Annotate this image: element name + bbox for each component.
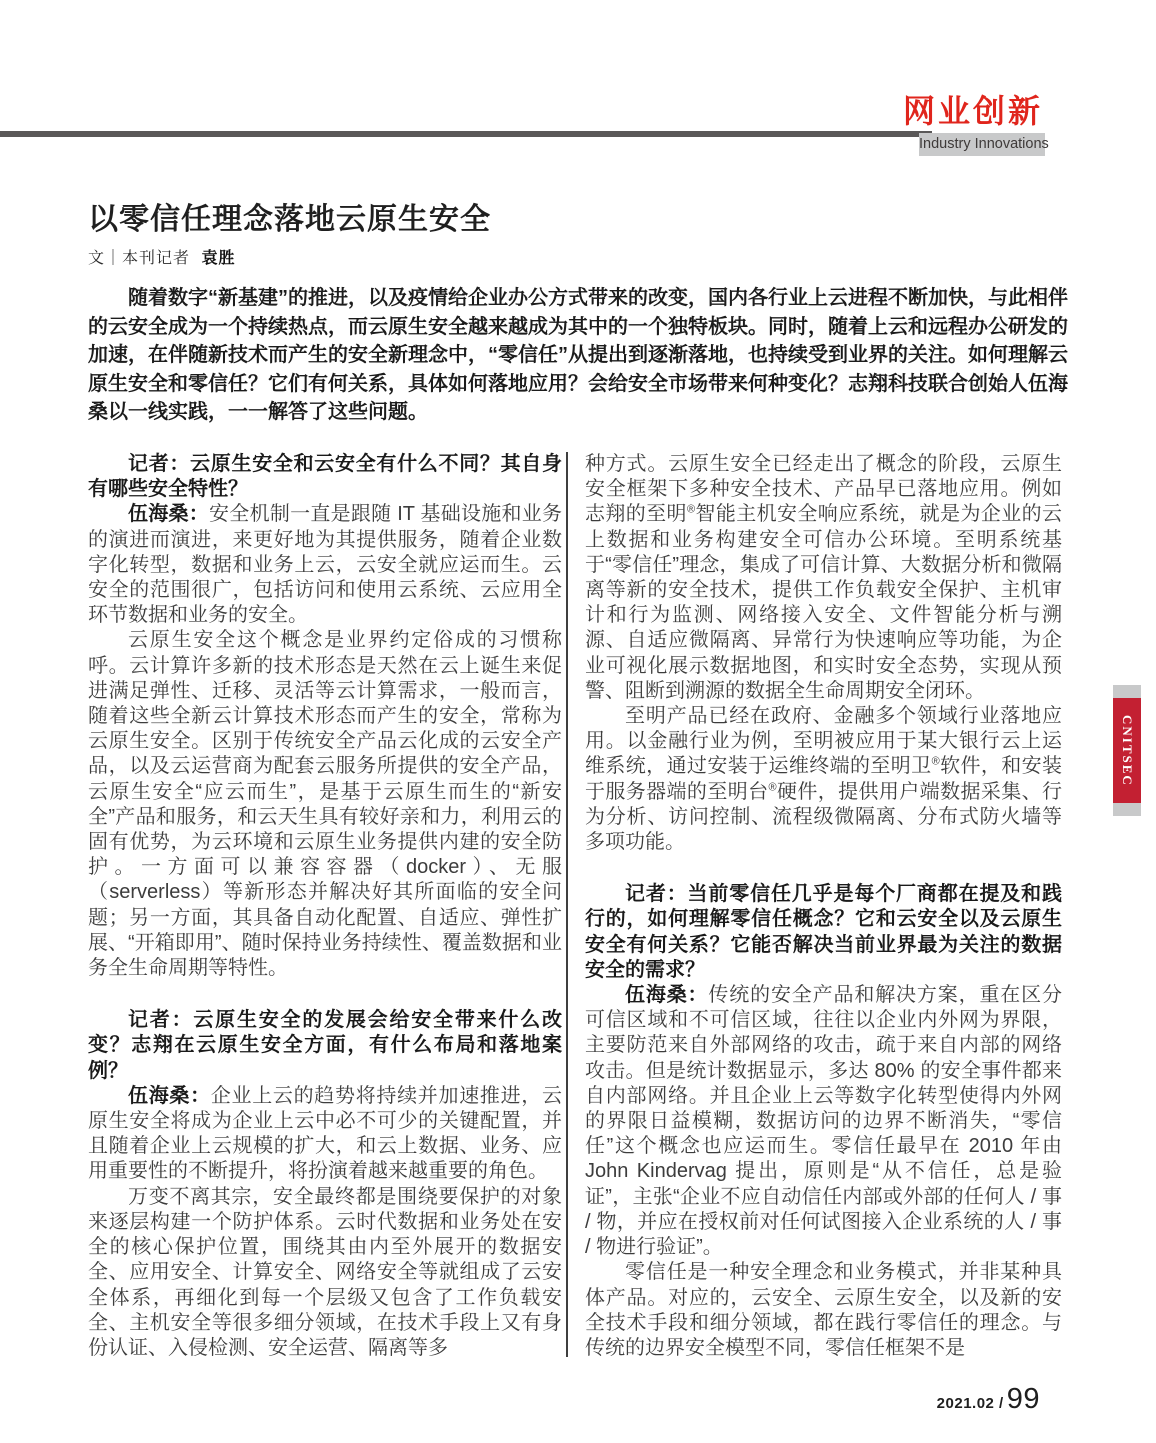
speaker-name: 伍海桑： [625, 984, 708, 1006]
body-paragraph: 云原生安全这个概念是业界约定俗成的习惯称呼。云计算许多新的技术形态是天然在云上诞… [88, 628, 562, 981]
column-right: 种方式。云原生安全已经走出了概念的阶段，云原生安全框架下多种安全技术、产品早已落… [585, 452, 1062, 1361]
sidebar-tab-gray-top [1113, 685, 1141, 698]
sidebar-tab-label: CNITSEC [1119, 715, 1135, 787]
header-rule [0, 131, 932, 137]
intro-paragraph: 随着数字“新基建”的推进，以及疫情给企业办公方式带来的改变，国内各行业上云进程不… [88, 284, 1068, 427]
byline-author: 袁胜 [201, 250, 235, 267]
registered-mark: ® [768, 781, 776, 793]
byline-prefix: 文｜本刊记者 [88, 250, 190, 267]
page-footer: 2021.02 / 99 [937, 1383, 1040, 1416]
section-title-cn: 网业创新 [903, 86, 1043, 132]
column-divider [566, 452, 568, 1357]
magazine-page: 网业创新 Industry Innovations 以零信任理念落地云原生安全 … [0, 0, 1156, 1443]
body-paragraph: 至明产品已经在政府、金融多个领域行业落地应用。以金融行业为例，至明被应用于某大银… [585, 704, 1062, 855]
body-paragraph: 伍海桑：企业上云的趋势将持续并加速推进，云原生安全将成为企业上云中必不可少的关键… [88, 1084, 562, 1185]
question-paragraph: 记者：云原生安全的发展会给安全带来什么改变？志翔在云原生安全方面，有什么布局和落… [88, 1008, 562, 1084]
section-title-en-badge: Industry Innovations [919, 133, 1045, 156]
body-paragraph: 万变不离其宗，安全最终都是围绕要保护的对象来逐层构建一个防护体系。云时代数据和业… [88, 1185, 562, 1361]
body-paragraph: 种方式。云原生安全已经走出了概念的阶段，云原生安全框架下多种安全技术、产品早已落… [585, 452, 1062, 704]
sidebar-tab: CNITSEC [1113, 698, 1141, 803]
body-paragraph: 伍海桑：安全机制一直是跟随 IT 基础设施和业务的演进而演进，来更好地为其提供服… [88, 502, 562, 628]
article-title: 以零信任理念落地云原生安全 [88, 194, 491, 238]
sidebar-tab-gray-bottom [1113, 803, 1141, 816]
footer-issue: 2021.02 / [937, 1395, 1004, 1412]
column-left: 记者：云原生安全和云安全有什么不同？其自身有哪些安全特性？伍海桑：安全机制一直是… [88, 452, 562, 1361]
byline: 文｜本刊记者 袁胜 [88, 245, 235, 268]
body-paragraph: 零信任是一种安全理念和业务模式，并非某种具体产品。对应的，云安全、云原生安全，以… [585, 1260, 1062, 1361]
registered-mark: ® [687, 504, 695, 516]
speaker-name: 伍海桑： [128, 503, 209, 525]
speaker-name: 伍海桑： [128, 1085, 211, 1107]
question-paragraph: 记者：当前零信任几乎是每个厂商都在提及和践行的，如何理解零信任概念？它和云安全以… [585, 882, 1062, 983]
footer-page-number: 99 [1007, 1383, 1040, 1416]
question-paragraph: 记者：云原生安全和云安全有什么不同？其自身有哪些安全特性？ [88, 452, 562, 502]
body-paragraph: 伍海桑：传统的安全产品和解决方案，重在区分可信区域和不可信区域，往往以企业内外网… [585, 983, 1062, 1260]
registered-mark: ® [932, 756, 940, 768]
